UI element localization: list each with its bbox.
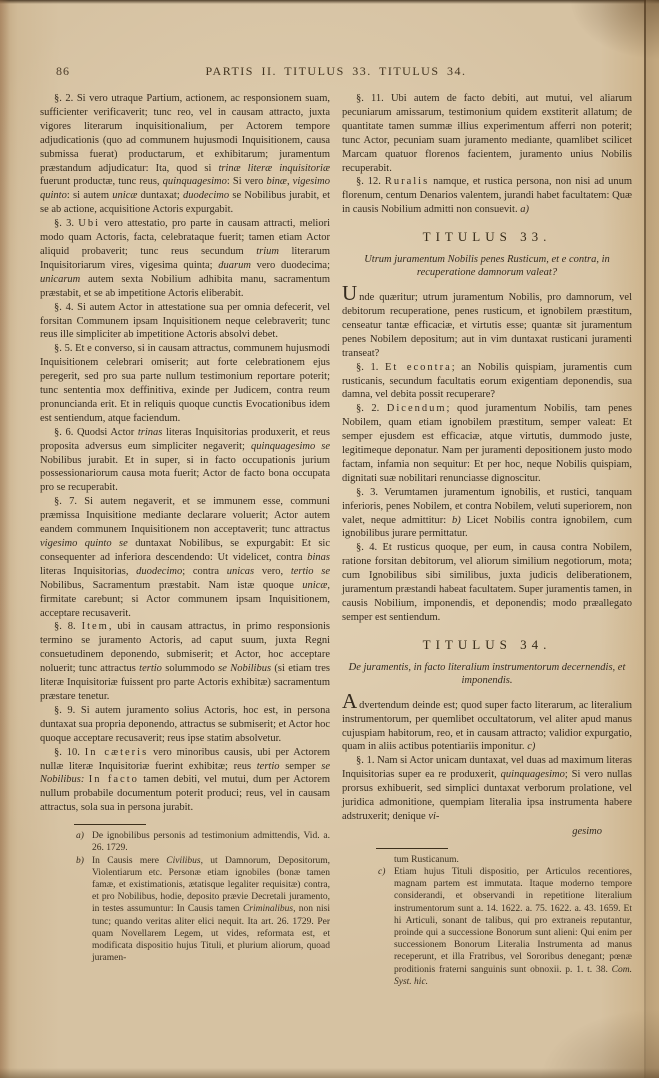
footnote: c)Etiam hujus Tituli dispositio, per Art… xyxy=(342,866,632,988)
paragraph: §. 3. Ubi vero attestatio, pro parte in … xyxy=(40,217,330,300)
footnote-rule xyxy=(376,848,448,849)
footnote-text: tum Rusticanum. xyxy=(394,855,459,865)
left-column-text: §. 2. Si vero utraque Partium, actionem,… xyxy=(40,92,330,815)
page-edge-right xyxy=(646,0,659,1078)
paragraph-dropcap: Advertendum deinde est; quod super facto… xyxy=(342,696,632,755)
page-edge-left xyxy=(0,0,10,1078)
footnote: b)In Causis mere Civilibus, ut Damnorum,… xyxy=(40,855,330,965)
right-column-text: §. 11. Ubi autem de facto debiti, aut mu… xyxy=(342,92,632,839)
right-column: §. 11. Ubi autem de facto debiti, aut mu… xyxy=(342,92,632,988)
section-heading: TITULUS 34. xyxy=(342,638,632,652)
paragraph: §. 4. Si autem Actor in attestatione sua… xyxy=(40,301,330,343)
page-header: 86 PARTIS II. TITULUS 33. TITULUS 34. xyxy=(40,58,632,92)
text-columns: §. 2. Si vero utraque Partium, actionem,… xyxy=(40,92,632,988)
paragraph: §. 1. Et econtra; an Nobilis quispiam, j… xyxy=(342,361,632,403)
footnote-label: b) xyxy=(76,855,92,867)
footnote-rule xyxy=(74,824,146,825)
paragraph: §. 3. Verumtamen juramentum ignobilis, e… xyxy=(342,486,632,542)
page-edge-top xyxy=(0,0,659,4)
right-footnotes: tum Rusticanum.c)Etiam hujus Tituli disp… xyxy=(342,854,632,988)
paragraph: §. 4. Et rusticus quoque, per eum, in ca… xyxy=(342,541,632,624)
page-corner-shadow-top-right xyxy=(569,0,659,60)
left-column: §. 2. Si vero utraque Partium, actionem,… xyxy=(40,92,330,988)
section-subtitle: Utrum juramentum Nobilis penes Rusticum,… xyxy=(348,253,626,279)
footnote-text: De ignobilibus personis ad testimonium a… xyxy=(92,831,330,853)
footnote-text: Etiam hujus Tituli dispositio, per Artic… xyxy=(394,867,632,987)
running-title: PARTIS II. TITULUS 33. TITULUS 34. xyxy=(40,64,632,79)
page-edge-line xyxy=(644,0,646,1078)
footnote-label: c) xyxy=(378,866,394,878)
book-page-scan: 86 PARTIS II. TITULUS 33. TITULUS 34. §.… xyxy=(0,0,659,1078)
footnote-text: In Causis mere Civilibus, ut Damnorum, D… xyxy=(92,856,330,964)
paragraph: §. 5. Et e converso, si in causam attrac… xyxy=(40,342,330,425)
paragraph: §. 8. Item, ubi in causam attractus, in … xyxy=(40,620,330,703)
paragraph: §. 12. Ruralis namque, et rustica person… xyxy=(342,175,632,217)
footnote-label: a) xyxy=(76,830,92,842)
section-heading: TITULUS 33. xyxy=(342,230,632,244)
page-body: 86 PARTIS II. TITULUS 33. TITULUS 34. §.… xyxy=(40,58,632,988)
paragraph: §. 7. Si autem negaverit, et se immunem … xyxy=(40,495,330,620)
paragraph: §. 6. Quodsi Actor trinas literas Inquis… xyxy=(40,426,330,496)
footnote: a)De ignobilibus personis ad testimonium… xyxy=(40,830,330,854)
paragraph: §. 2. Dicendum; quod juramentum Nobilis,… xyxy=(342,402,632,485)
paragraph: §. 9. Si autem juramento solius Actoris,… xyxy=(40,704,330,746)
left-footnote-block: a)De ignobilibus personis ad testimonium… xyxy=(40,824,330,964)
footnote: tum Rusticanum. xyxy=(342,854,632,866)
paragraph: §. 11. Ubi autem de facto debiti, aut mu… xyxy=(342,92,632,175)
paragraph: §. 2. Si vero utraque Partium, actionem,… xyxy=(40,92,330,217)
left-footnotes: a)De ignobilibus personis ad testimonium… xyxy=(40,830,330,964)
paragraph-dropcap: Unde quæritur; utrum juramentum Nobilis,… xyxy=(342,288,632,361)
section-subtitle: De juramentis, in facto literalium instr… xyxy=(348,661,626,687)
page-corner-shadow-bottom-right xyxy=(539,1008,659,1078)
paragraph: §. 10. In cæteris vero minoribus causis,… xyxy=(40,746,330,816)
right-footnote-block: tum Rusticanum.c)Etiam hujus Tituli disp… xyxy=(342,848,632,988)
paragraph: §. 1. Nam si Actor unicam duntaxat, vel … xyxy=(342,754,632,824)
catchword: gesimo xyxy=(342,825,632,839)
